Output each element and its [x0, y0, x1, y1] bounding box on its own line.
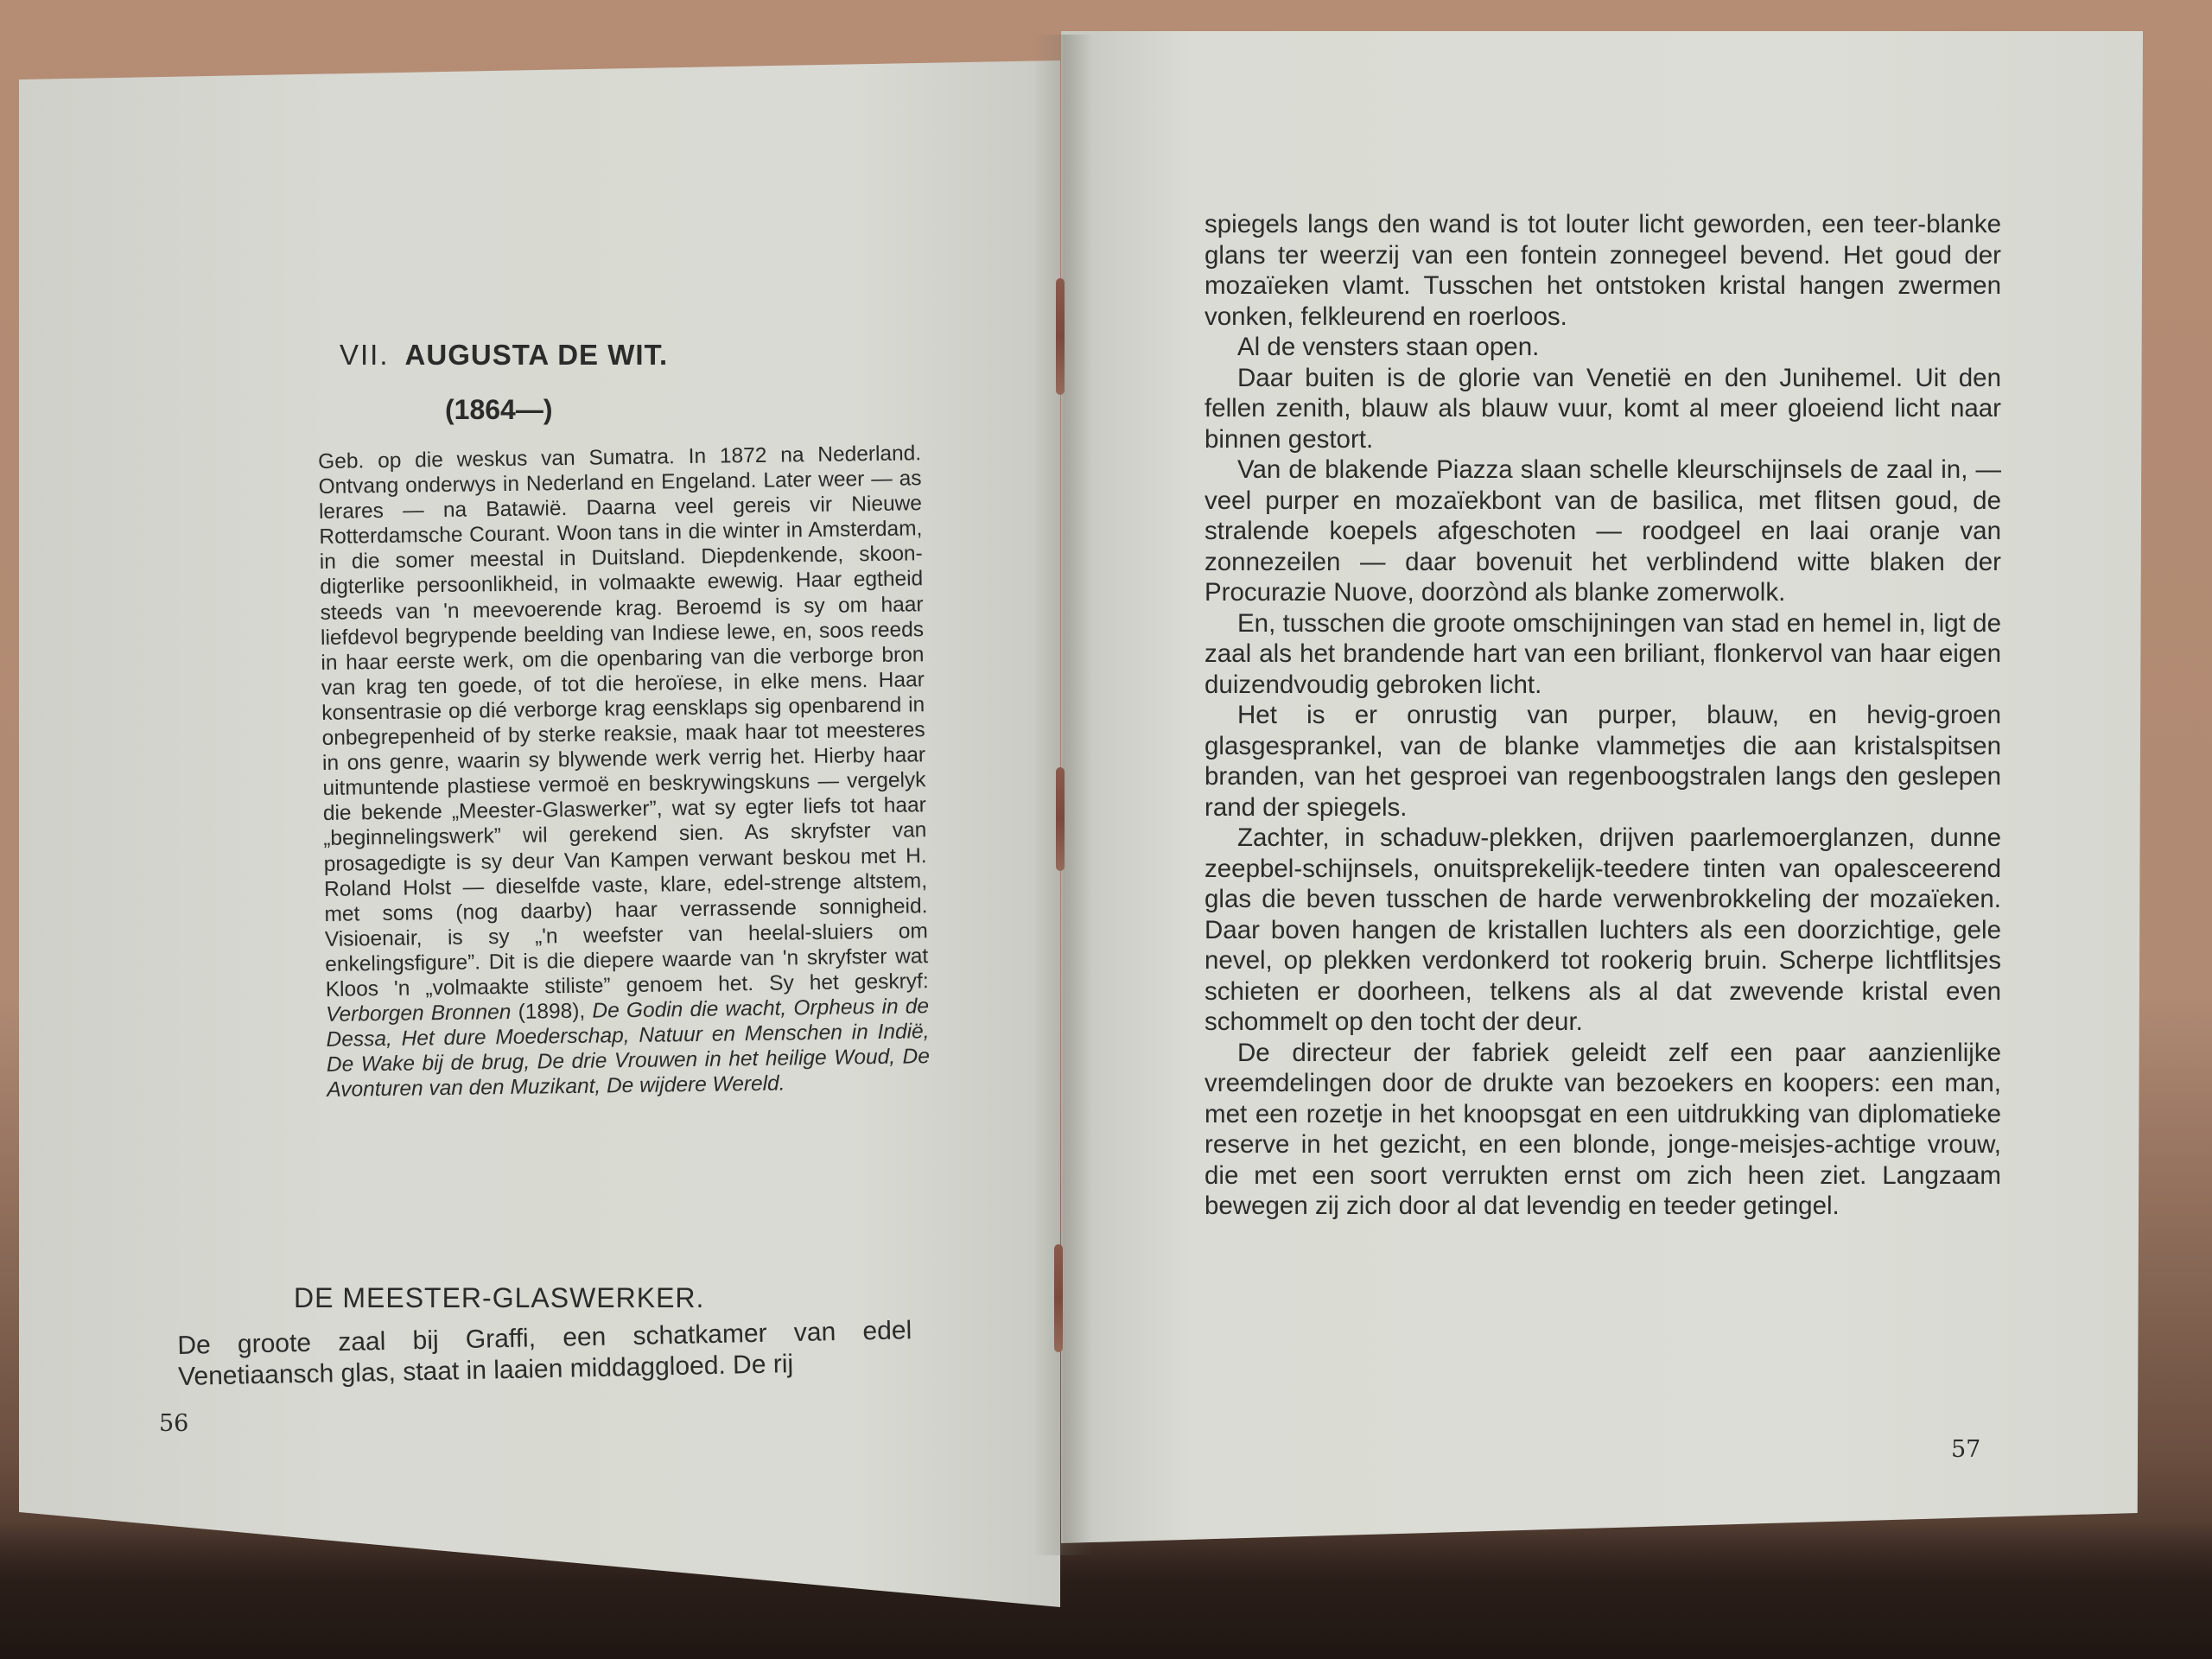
page-number-right: 57: [1951, 1436, 1980, 1463]
works-first-year: (1898),: [511, 1000, 592, 1024]
chapter-number: VII.: [340, 339, 390, 371]
right-page-body: spiegels langs den wand is tot louter li…: [1205, 209, 2001, 1222]
paragraph-8: De directeur der fabriek geleidt zelf ee…: [1205, 1038, 2001, 1222]
chapter-heading: VII.AUGUSTA DE WIT.: [340, 339, 668, 372]
binding-stitch-bottom: [1054, 1244, 1063, 1352]
chapter-title: AUGUSTA DE WIT.: [405, 339, 669, 371]
story-title: DE MEESTER-GLASWERKER.: [294, 1282, 704, 1314]
author-biography: Geb. op die weskus van Sumatra. In 1872 …: [318, 441, 930, 1103]
paragraph-6: Het is er onrustig van purper, blauw, en…: [1205, 700, 2001, 823]
paragraph-5: En, tusschen die groote omschijningen va…: [1205, 608, 2001, 701]
paragraph-3: Daar buiten is de glorie van Venetië en …: [1205, 363, 2001, 455]
paragraph-4: Van de blakende Piazza slaan schelle kle…: [1205, 454, 2001, 608]
author-years: (1864—): [445, 394, 553, 426]
binding-stitch-top: [1056, 278, 1065, 395]
binding-stitch-middle: [1056, 767, 1065, 871]
biography-text: Geb. op die weskus van Sumatra. In 1872 …: [318, 442, 929, 1001]
paragraph-2: Al de vensters staan open.: [1205, 332, 2001, 363]
works-first-title: Verborgen Bronnen: [326, 1001, 512, 1027]
paragraph-7: Zachter, in schaduw-plekken, drijven paa…: [1205, 823, 2001, 1038]
page-number-left: 56: [159, 1410, 188, 1437]
paragraph-1: spiegels langs den wand is tot louter li…: [1205, 209, 2001, 332]
